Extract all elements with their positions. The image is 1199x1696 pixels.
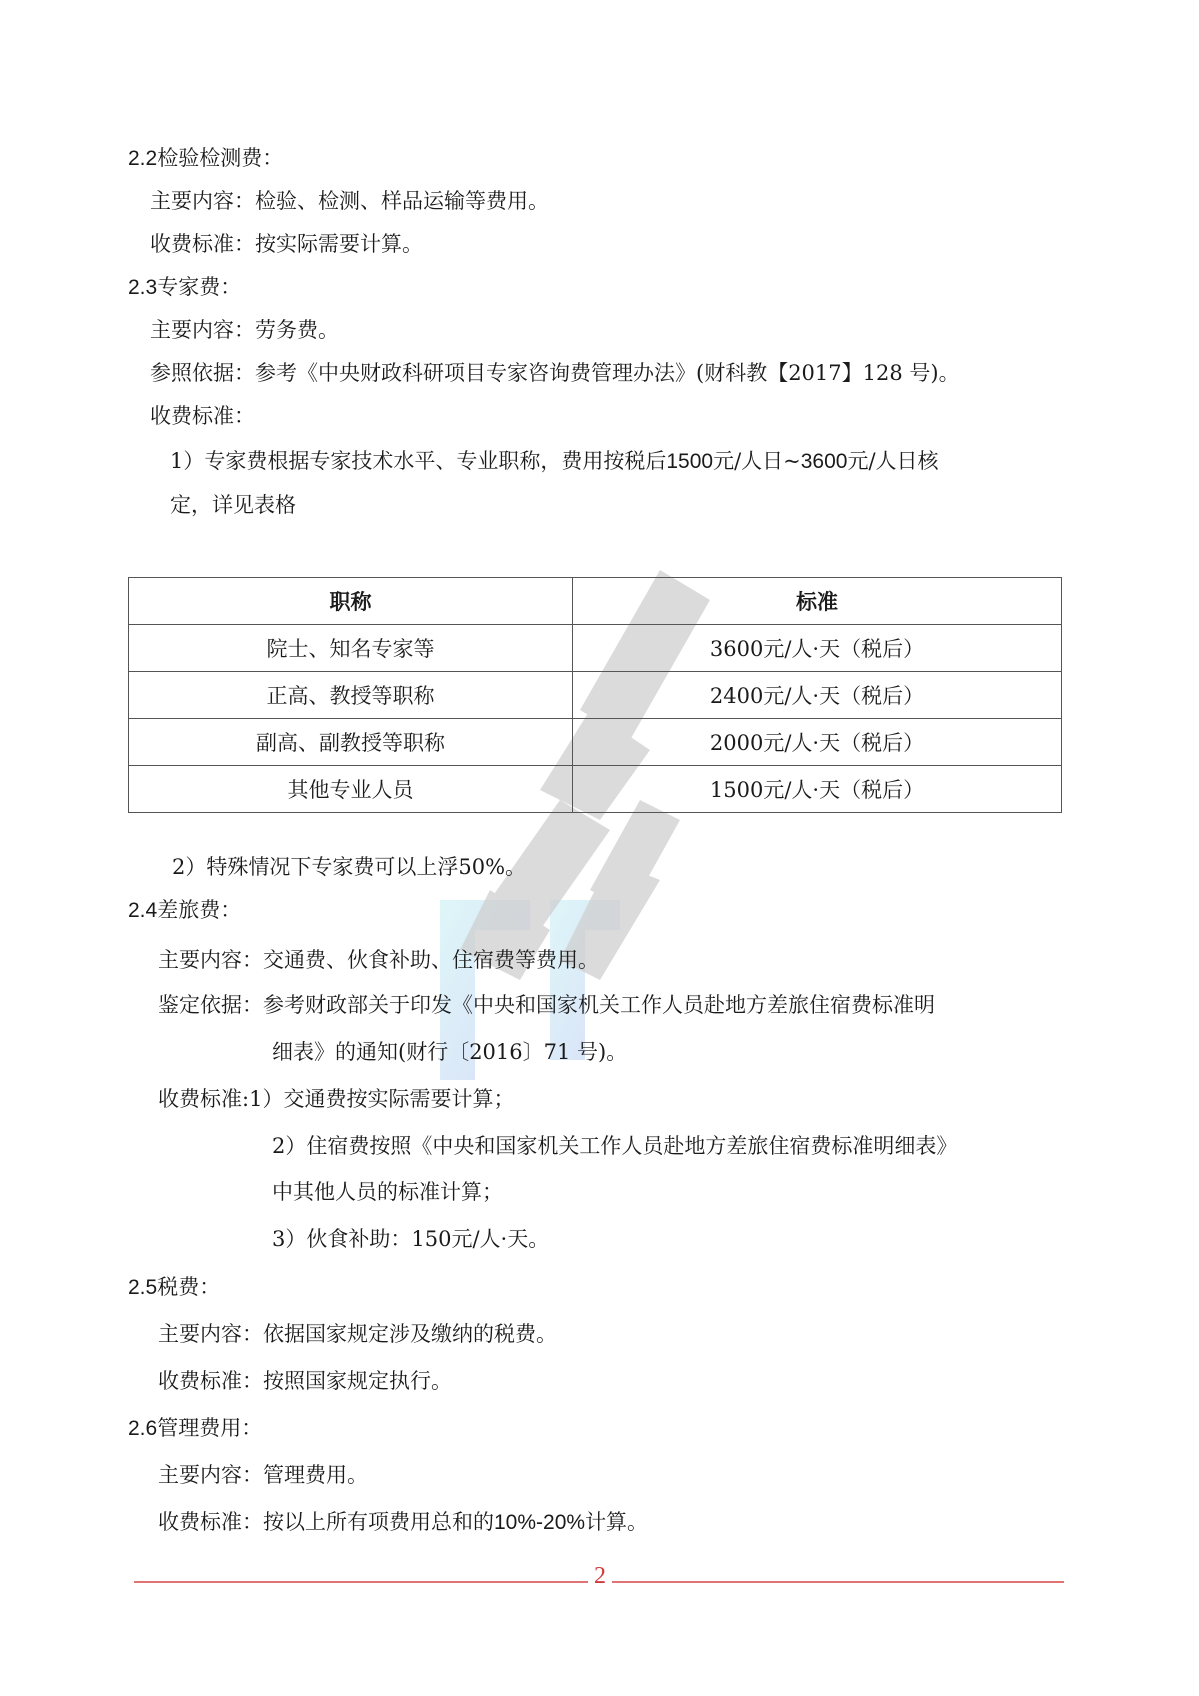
tax-standard: 收费标准：按照国家规定执行。	[158, 1366, 452, 1396]
section-heading-2-3: 2.3专家费：	[128, 272, 241, 303]
table-row: 其他专业人员 1500元/人·天（税后）	[129, 766, 1062, 813]
table-row: 正高、教授等职称 2400元/人·天（税后）	[129, 672, 1062, 719]
expert-basis: 参照依据：参考《中央财政科研项目专家咨询费管理办法》(财科教【2017】128 …	[150, 358, 960, 388]
footer-divider-left	[134, 1581, 588, 1583]
table-row: 副高、副教授等职称 2000元/人·天（税后）	[129, 719, 1062, 766]
section-heading-2-2: 2.2检验检测费：	[128, 143, 283, 174]
tax-content: 主要内容：依据国家规定涉及缴纳的税费。	[158, 1319, 557, 1349]
management-standard: 收费标准：按以上所有项费用总和的10%-20%计算。	[158, 1507, 648, 1538]
table-row: 院士、知名专家等 3600元/人·天（税后）	[129, 625, 1062, 672]
travel-item-2: 2）住宿费按照《中央和国家机关工作人员赴地方差旅住宿费标准明细表》	[272, 1131, 957, 1161]
expert-content: 主要内容：劳务费。	[150, 315, 339, 345]
travel-basis: 鉴定依据：参考财政部关于印发《中央和国家机关工作人员赴地方差旅住宿费标准明	[158, 990, 935, 1020]
travel-basis-cont: 细表》的通知(财行〔2016〕71 号)。	[272, 1037, 627, 1067]
inspection-content: 主要内容：检验、检测、样品运输等费用。	[150, 186, 549, 216]
section-heading-2-6: 2.6管理费用：	[128, 1413, 262, 1444]
expert-item-1-cont: 定，详见表格	[170, 490, 296, 520]
table-header-title: 职称	[129, 578, 573, 625]
travel-item-2-cont: 中其他人员的标准计算；	[272, 1177, 503, 1207]
inspection-standard: 收费标准：按实际需要计算。	[150, 229, 423, 259]
table-header-standard: 标准	[573, 578, 1062, 625]
expert-standard-label: 收费标准：	[150, 401, 255, 431]
page-number: 2	[589, 1563, 611, 1590]
section-heading-2-4: 2.4差旅费：	[128, 895, 241, 926]
footer-divider-right	[612, 1581, 1064, 1583]
expert-fee-table: 职称 标准 院士、知名专家等 3600元/人·天（税后） 正高、教授等职称 24…	[128, 577, 1062, 813]
section-heading-2-5: 2.5税费：	[128, 1272, 220, 1303]
expert-item-2: 2）特殊情况下专家费可以上浮50%。	[172, 852, 526, 882]
management-content: 主要内容：管理费用。	[158, 1460, 368, 1490]
travel-content: 主要内容：交通费、伙食补助、住宿费等费用。	[158, 945, 599, 975]
travel-item-3: 3）伙食补助：150元/人·天。	[272, 1224, 549, 1254]
travel-standard: 收费标准:1）交通费按实际需要计算；	[158, 1084, 514, 1114]
expert-item-1: 1）专家费根据专家技术水平、专业职称，费用按税后1500元/人日~3600元/人…	[170, 446, 939, 477]
table-header-row: 职称 标准	[129, 578, 1062, 625]
